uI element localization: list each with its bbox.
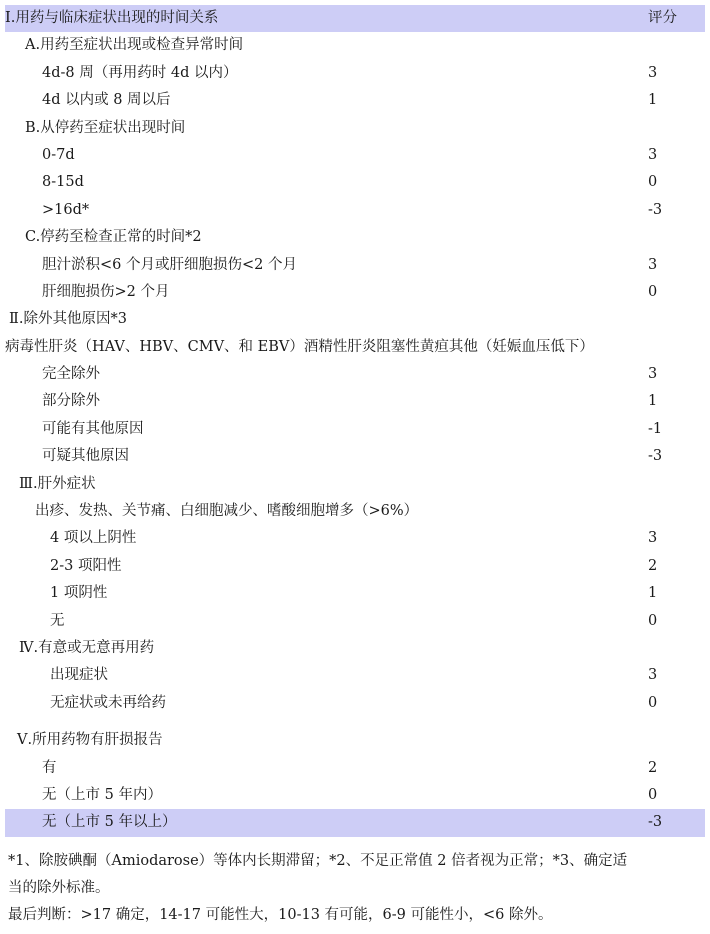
table-row-highlighted: 无（上市 5 年以上） -3 [5,809,705,836]
section-4-title: Ⅳ.有意或无意再用药 [19,635,154,662]
item-label: 4d-8 周（再用药时 4d 以内） [42,60,237,87]
table-row: 胆汁淤积<6 个月或肝细胞损伤<2 个月 3 [5,252,705,279]
table-row: >16d* -3 [5,197,705,224]
item-score: 3 [648,142,657,169]
table-row: 无 0 [5,608,705,635]
table-header-row: Ⅰ.用药与临床症状出现的时间关系 评分 [5,5,705,32]
table-row: 2-3 项阳性 2 [5,553,705,580]
subsection-c-title-row: C.停药至检查正常的时间*2 [5,224,705,251]
table-row: 部分除外 1 [5,388,705,415]
item-label: 无症状或未再给药 [50,690,166,717]
item-label: 无（上市 5 年以上） [42,809,176,836]
section-2-title: Ⅱ.除外其他原因*3 [9,306,127,333]
table-row: 出现症状 3 [5,662,705,689]
item-score: 3 [648,361,657,388]
section-5-title: Ⅴ.所用药物有肝损报告 [17,727,163,754]
item-label: 有 [42,755,57,782]
section-2-desc: 病毒性肝炎（HAV、HBV、CMV、和 EBV）酒精性肝炎阻塞性黄疸其他（妊娠血… [5,334,594,361]
item-label: 4 项以上阴性 [50,525,136,552]
item-label: 胆汁淤积<6 个月或肝细胞损伤<2 个月 [42,252,297,279]
item-score: 3 [648,662,657,689]
section-2-desc-row: 病毒性肝炎（HAV、HBV、CMV、和 EBV）酒精性肝炎阻塞性黄疸其他（妊娠血… [5,334,705,361]
item-label: 8-15d [42,169,84,196]
section-3-title-row: Ⅲ.肝外症状 [5,471,705,498]
item-label: 可能有其他原因 [42,416,144,443]
item-label: 0-7d [42,142,75,169]
table-row: 肝细胞损伤>2 个月 0 [5,279,705,306]
table-row: 可能有其他原因 -1 [5,416,705,443]
subsection-b-title-row: B.从停药至症状出现时间 [5,115,705,142]
item-score: 0 [648,782,657,809]
item-score: 0 [648,690,657,717]
section-2-title-row: Ⅱ.除外其他原因*3 [5,306,705,333]
item-score: 1 [648,87,657,114]
section-5-title-row: Ⅴ.所用药物有肝损报告 [5,727,705,754]
table-row: 4d 以内或 8 周以后 1 [5,87,705,114]
section-3-desc-row: 出疹、发热、关节痛、白细胞减少、嗜酸细胞增多（>6%） [5,498,705,525]
item-score: 3 [648,60,657,87]
subsection-a-title-row: A.用药至症状出现或检查异常时间 [5,32,705,59]
item-label: 肝细胞损伤>2 个月 [42,279,169,306]
item-score: -1 [648,416,662,443]
table-row: 无症状或未再给药 0 [5,690,705,717]
item-label: 部分除外 [42,388,100,415]
item-score: 0 [648,608,657,635]
section-spacer [5,717,705,727]
item-label: 1 项阴性 [50,580,107,607]
subsection-c-title: C.停药至检查正常的时间*2 [25,224,202,251]
item-label: 无（上市 5 年内） [42,782,162,809]
item-score: 2 [648,755,657,782]
table-row: 完全除外 3 [5,361,705,388]
footnote-line-1: *1、除胺碘酮（Amiodarose）等体内长期滞留；*2、不足正常值 2 倍者… [8,848,708,875]
score-column-header: 评分 [648,5,677,32]
section-1-title: Ⅰ.用药与临床症状出现的时间关系 [5,5,218,32]
item-label: 2-3 项阳性 [50,553,121,580]
item-score: 1 [648,580,657,607]
table-row: 1 项阴性 1 [5,580,705,607]
final-judgment: 最后判断：>17 确定，14-17 可能性大，10-13 有可能，6-9 可能性… [8,902,708,929]
item-score: -3 [648,443,662,470]
table-row: 4d-8 周（再用药时 4d 以内） 3 [5,60,705,87]
table-row: 8-15d 0 [5,169,705,196]
footnote-line-2: 当的除外标准。 [8,875,708,902]
section-3-title: Ⅲ.肝外症状 [19,471,96,498]
item-score: 0 [648,169,657,196]
item-score: 3 [648,252,657,279]
item-label: 4d 以内或 8 周以后 [42,87,171,114]
item-label: 完全除外 [42,361,100,388]
item-score: -3 [648,197,662,224]
item-label: >16d* [42,197,89,224]
item-score: 0 [648,279,657,306]
footnotes: *1、除胺碘酮（Amiodarose）等体内长期滞留；*2、不足正常值 2 倍者… [8,848,708,929]
section-4-title-row: Ⅳ.有意或无意再用药 [5,635,705,662]
table-row: 可疑其他原因 -3 [5,443,705,470]
section-3-desc: 出疹、发热、关节痛、白细胞减少、嗜酸细胞增多（>6%） [35,498,418,525]
scoring-table: Ⅰ.用药与临床症状出现的时间关系 评分 A.用药至症状出现或检查异常时间 4d-… [5,5,705,837]
table-row: 无（上市 5 年内） 0 [5,782,705,809]
item-label: 无 [50,608,65,635]
table-row: 有 2 [5,755,705,782]
item-score: 2 [648,553,657,580]
item-label: 出现症状 [50,662,108,689]
item-score: -3 [648,809,662,836]
table-row: 4 项以上阴性 3 [5,525,705,552]
item-score: 1 [648,388,657,415]
table-row: 0-7d 3 [5,142,705,169]
item-label: 可疑其他原因 [42,443,129,470]
subsection-b-title: B.从停药至症状出现时间 [25,115,185,142]
subsection-a-title: A.用药至症状出现或检查异常时间 [25,32,243,59]
item-score: 3 [648,525,657,552]
